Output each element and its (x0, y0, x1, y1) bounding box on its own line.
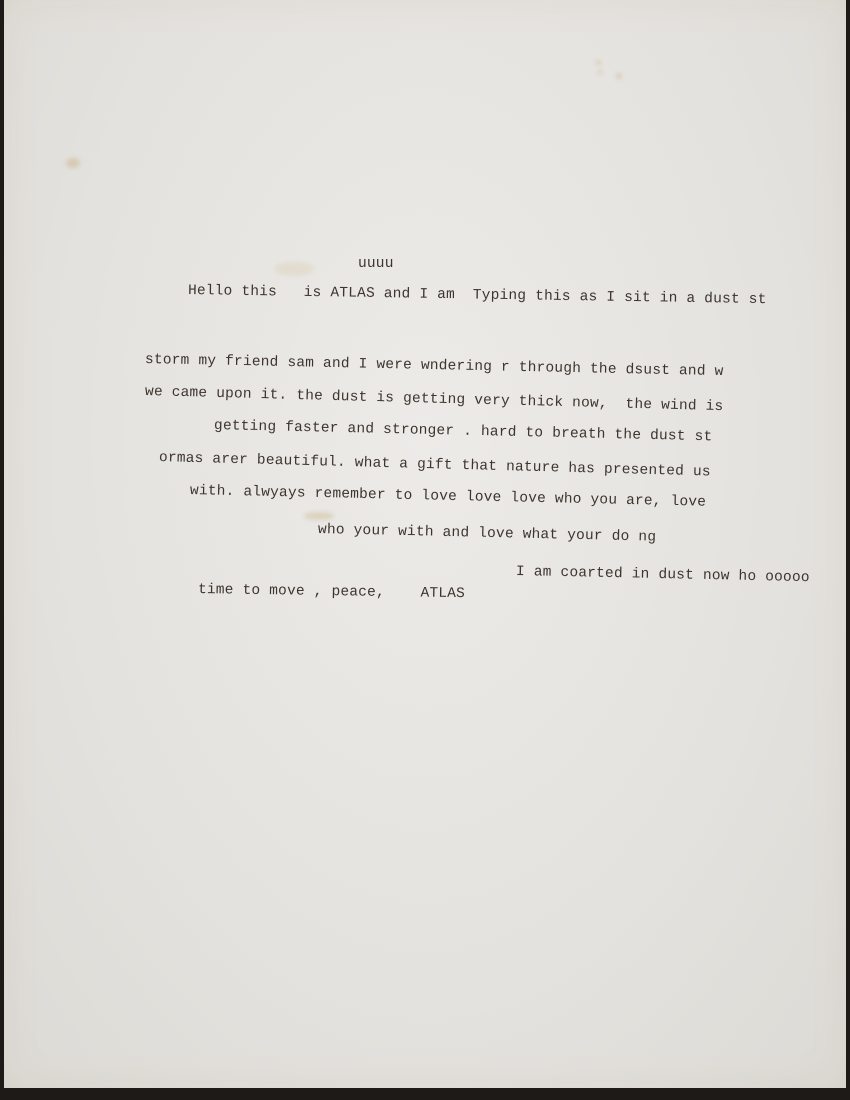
text-line: Hello this is ATLAS and I am Typing this… (188, 283, 767, 308)
paper-stain (596, 60, 601, 65)
paper-stain (274, 262, 314, 276)
paper-stain (304, 512, 334, 520)
text-line: uuuu (358, 256, 394, 272)
text-line: getting faster and stronger . hard to br… (214, 418, 713, 445)
paper-stain (616, 73, 622, 79)
text-line: time to move , peace, ATLAS (198, 582, 465, 602)
text-line: ormas arer beautiful. what a gift that n… (159, 450, 711, 480)
paper-stain (598, 70, 602, 74)
text-line: I am coarted in dust now ho ooooo (516, 564, 810, 586)
text-line: who your with and love what your do ng (318, 522, 657, 546)
text-line: storm my friend sam and I were wndering … (145, 352, 724, 380)
text-line: with. alwyays remember to love love love… (190, 483, 707, 511)
typewritten-page: uuuu Hello this is ATLAS and I am Typing… (4, 0, 846, 1088)
text-line: we came upon it. the dust is getting ver… (145, 384, 724, 415)
paper-stain (66, 158, 80, 168)
